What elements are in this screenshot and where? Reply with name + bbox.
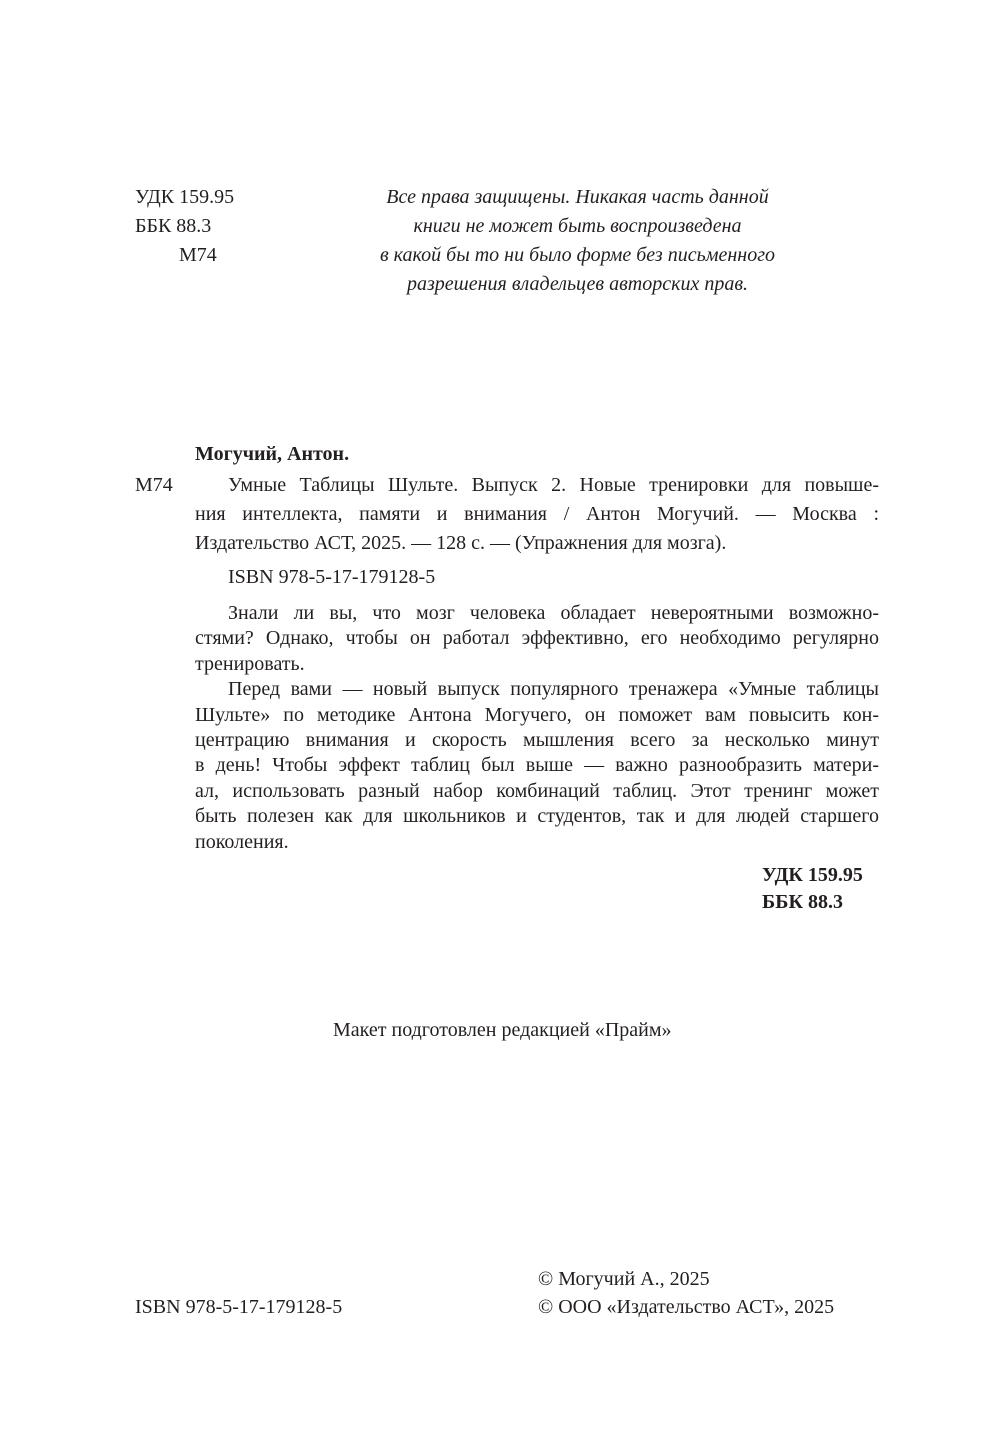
annotation-line: быть полезен как для школьников и студен… <box>195 804 879 829</box>
bottom-classification-codes: УДК 159.95 ББК 88.3 <box>762 862 863 916</box>
copyright-line: © ООО «Издательство АСТ», 2025 <box>538 1294 834 1322</box>
bbk-code-bold: ББК 88.3 <box>762 889 863 916</box>
footer-isbn: ISBN 978-5-17-179128-5 <box>135 1294 342 1320</box>
udk-code-bold: УДК 159.95 <box>762 862 863 889</box>
udk-code: УДК 159.95 <box>135 183 234 212</box>
copyright-line: © Могучий А., 2025 <box>538 1266 834 1294</box>
copyright-block: © Могучий А., 2025 © ООО «Издательство А… <box>538 1266 834 1322</box>
author-sign: М74 <box>135 241 234 270</box>
annotation: Знали ли вы, что мозг человека обладает … <box>195 601 879 855</box>
annotation-line: Перед вами — новый выпуск популярного тр… <box>195 677 879 702</box>
annotation-line: поколения. <box>195 830 879 855</box>
layout-credit: Макет подготовлен редакцией «Прайм» <box>333 1017 672 1043</box>
annotation-line: центрацию внимания и скорость мышления в… <box>195 728 879 753</box>
description-line: Издательство АСТ, 2025. — 128 с. — (Упра… <box>195 530 879 559</box>
description-line: ния интеллекта, памяти и внимания / Анто… <box>195 501 879 530</box>
annotation-line: Знали ли вы, что мозг человека обладает … <box>195 601 879 626</box>
rights-line: разрешения владельцев авторских прав. <box>330 270 825 299</box>
description-line: Умные Таблицы Шульте. Выпуск 2. Новые тр… <box>195 472 879 501</box>
annotation-line: Шульте» по методике Антона Могучего, он … <box>195 703 879 728</box>
annotation-line: стями? Однако, чтобы он работал эффектив… <box>195 626 879 651</box>
annotation-line: в день! Чтобы эффект таблиц был выше — в… <box>195 753 879 778</box>
record-author-sign: М74 <box>135 472 173 498</box>
rights-line: Все права защищены. Никакая часть данной <box>330 183 825 212</box>
record-isbn: ISBN 978-5-17-179128-5 <box>228 564 435 590</box>
bibliographic-description: Умные Таблицы Шульте. Выпуск 2. Новые тр… <box>195 472 879 559</box>
rights-line: в какой бы то ни было форме без письменн… <box>330 241 825 270</box>
rights-line: книги не может быть воспроизведена <box>330 212 825 241</box>
annotation-line: тренировать. <box>195 652 879 677</box>
classification-codes: УДК 159.95 ББК 88.3 М74 <box>135 183 234 270</box>
rights-notice: Все права защищены. Никакая часть данной… <box>330 183 825 299</box>
annotation-line: ал, использовать разный набор комбинаций… <box>195 779 879 804</box>
author-heading: Могучий, Антон. <box>195 441 349 467</box>
bbk-code: ББК 88.3 <box>135 212 234 241</box>
